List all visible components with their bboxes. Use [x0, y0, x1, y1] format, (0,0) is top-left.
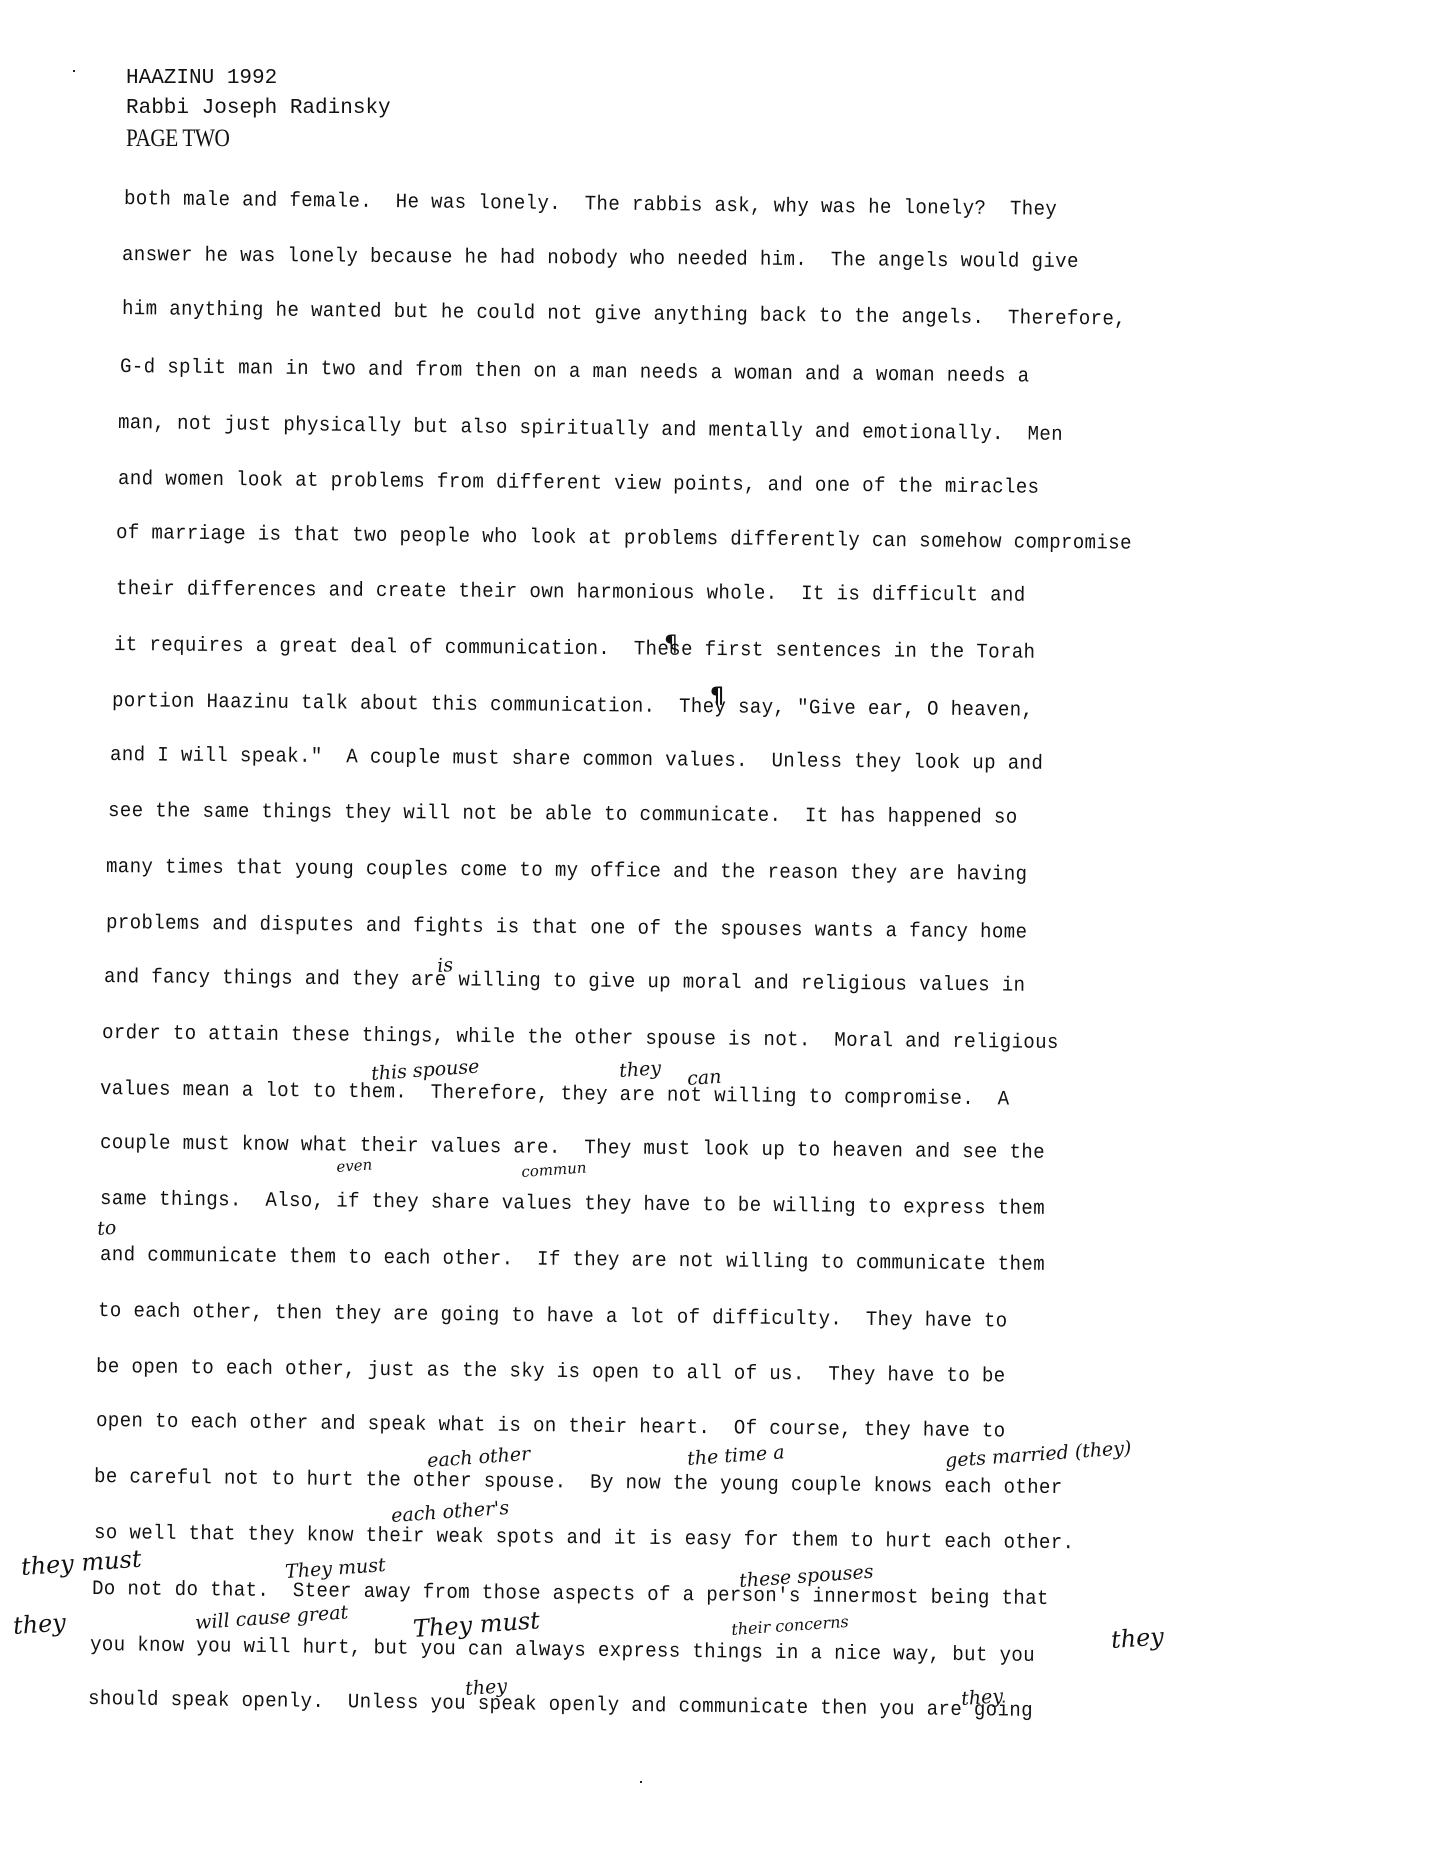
body-line: him anything he wanted but he could not … [122, 298, 1126, 332]
body-line: should speak openly. Unless you speak op… [88, 1688, 1033, 1723]
annotation-their-concerns: their concerns [731, 1612, 850, 1639]
annotation-they-3: they [1110, 1622, 1165, 1654]
annotation-each-other: each other [426, 1443, 530, 1472]
page-label: PAGE TWO [126, 126, 229, 151]
body-line: so well that they know their weak spots … [94, 1522, 1075, 1555]
annotation-will-cause-great: will cause great [194, 1601, 348, 1634]
body-line: man, not just physically but also spirit… [118, 412, 1063, 447]
paragraph-mark-1: ¶ [664, 632, 678, 657]
annotation-commun: commun [521, 1158, 587, 1181]
body-line: of marriage is that two people who look … [116, 522, 1132, 556]
annotation-they-must-3: They must [412, 1606, 541, 1643]
body-line: values mean a lot to them. Therefore, th… [100, 1078, 1010, 1111]
body-line: many times that young couples come to my… [106, 856, 1028, 887]
annotation-the-time-a: the time a [686, 1441, 785, 1470]
document-author: Rabbi Joseph Radinsky [126, 98, 391, 119]
body-line: problems and disputes and fights is that… [106, 912, 1028, 945]
scan-speck [73, 70, 75, 72]
annotation-they-must-2: They must [284, 1554, 386, 1583]
paragraph-mark-2: ¶ [710, 684, 724, 709]
document-page: HAAZINU 1992 Rabbi Joseph Radinsky PAGE … [0, 0, 1430, 1851]
body-line: it requires a great deal of communicatio… [114, 634, 1036, 665]
body-line: portion Haazinu talk about this communic… [112, 690, 1034, 723]
annotation-this-spouse: this spouse [370, 1055, 480, 1085]
scan-speck [640, 1781, 642, 1783]
body-line: open to each other and speak what is on … [96, 1410, 1006, 1443]
document-title: HAAZINU 1992 [126, 68, 277, 89]
body-line: order to attain these things, while the … [102, 1022, 1059, 1055]
annotation-is: is [436, 954, 453, 977]
body-line: both male and female. He was lonely. The… [124, 188, 1057, 222]
annotation-to: to [96, 1217, 117, 1240]
annotation-they-must-1: they must [20, 1545, 142, 1581]
body-line: answer he was lonely because he had nobo… [122, 244, 1079, 274]
annotation-even: even [336, 1156, 373, 1176]
body-line: Do not do that. Steer away from those as… [92, 1578, 1049, 1611]
body-line: and women look at problems from differen… [118, 468, 1040, 500]
annotation-can: can [686, 1066, 722, 1090]
body-line: their differences and create their own h… [116, 578, 1026, 608]
annotation-they-5: they [960, 1685, 1003, 1710]
body-line: be open to each other, just as the sky i… [96, 1356, 1006, 1389]
body-line: to each other, then they are going to ha… [98, 1300, 1008, 1333]
body-line: see the same things they will not be abl… [108, 800, 1018, 830]
body-line: and I will speak." A couple must share c… [110, 744, 1043, 776]
annotation-they-2: they [12, 1608, 67, 1640]
annotation-each-others: each other's [390, 1497, 509, 1527]
body-line: and communicate them to each other. If t… [100, 1244, 1045, 1277]
annotation-they-1: they [618, 1057, 661, 1082]
body-line: same things. Also, if they share values … [100, 1188, 1045, 1221]
body-line: be careful not to hurt the other spouse.… [94, 1466, 1063, 1500]
body-line: you know you will hurt, but you can alwa… [90, 1634, 1035, 1668]
body-line: G-d split man in two and from then on a … [120, 356, 1030, 389]
body-line: and fancy things and they are willing to… [104, 966, 1026, 998]
annotation-they-4: they [464, 1675, 507, 1700]
